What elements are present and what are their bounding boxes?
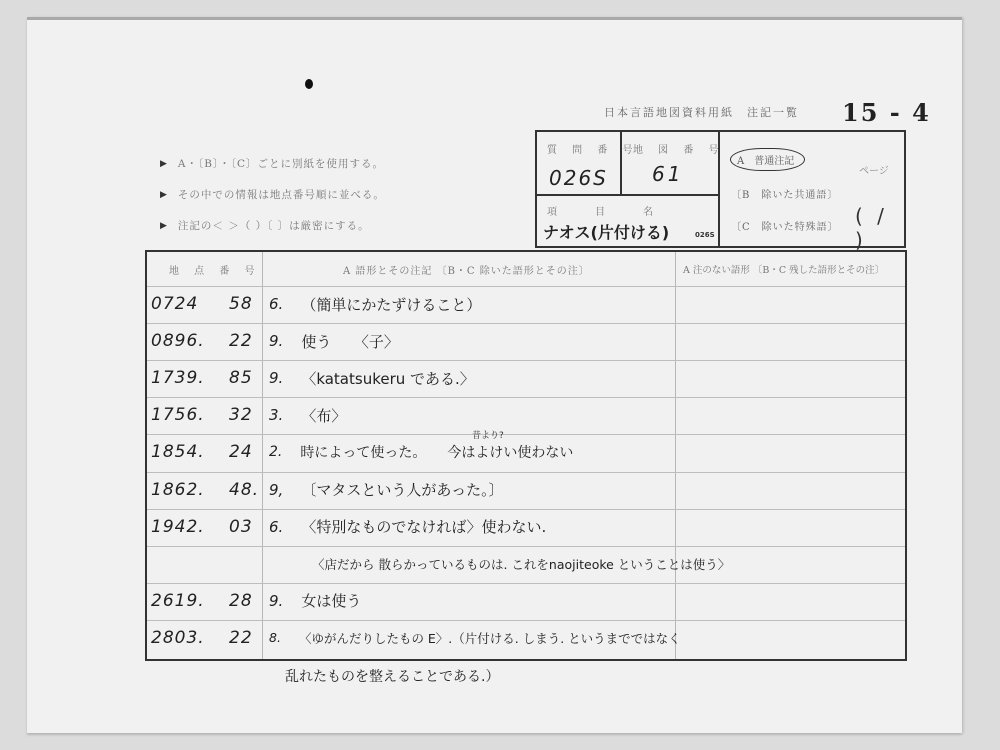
location-code: 072458 <box>147 286 262 322</box>
category-c: 〔C 除いた特殊語〕 <box>731 218 839 233</box>
category-a-circled: A 普通注記 <box>730 148 805 171</box>
page-label: ページ <box>859 162 889 177</box>
category-b: 〔B 除いた共通語〕 <box>731 186 838 201</box>
location-code: 0896.22 <box>147 323 262 359</box>
map-number: 61 <box>652 162 683 186</box>
question-number-label: 質 問 番 号 <box>547 138 639 157</box>
instructions: ▶A・〔B〕・〔C〕ごとに別紙を使用する。 ▶その中での情報は地点番号順に並べる… <box>160 148 385 241</box>
location-code: 2803.22 <box>147 620 262 656</box>
location-code: 1756.32 <box>147 397 262 433</box>
item-code: 026S <box>695 231 715 239</box>
location-code <box>147 546 262 582</box>
location-code: 1739.85 <box>147 360 262 396</box>
table-row: 2803.228.〈ゆがんだりしたもの E〉.（片付ける. しまう. というまで… <box>147 620 905 656</box>
ink-dot <box>305 79 313 89</box>
map-number-label: 地 図 番 号 <box>633 138 725 157</box>
location-code: 1854.24 <box>147 434 262 470</box>
form-note: 9.〈katatsukeru である.〉 <box>264 360 794 396</box>
form-note: 3.〈布〉 <box>264 397 794 433</box>
location-code: 1942.03 <box>147 509 262 545</box>
table-row: 0896.229.使う 〈子〉 <box>147 323 905 359</box>
question-number: 026S <box>549 166 608 190</box>
form-title: 日本言語地図資料用紙 注記一覧 <box>604 104 799 120</box>
column-header-forms-with-notes: A 語形とその注記 〔B・C 除いた語形とその注〕 <box>343 262 590 277</box>
page-value: ( / ) <box>855 204 904 252</box>
location-code: 1862.48. <box>147 472 262 508</box>
column-header-forms-without-notes: A 注のない語形 〔B・C 残した語形とその注〕 <box>683 262 884 276</box>
table-row: 1862.48.9,〔マタスという人があった。〕 <box>147 472 905 508</box>
column-header-location: 地 点 番 号 <box>169 262 261 277</box>
table-row: 1942.036.〈特別なものでなければ〉使わない. <box>147 509 905 545</box>
form-note: 6.（簡単にかたずけること） <box>264 286 794 322</box>
table-row: 〈店だから 散らかっているものは. これをnaojiteoke ということは使う… <box>147 546 905 582</box>
form-note: 9.使う 〈子〉 <box>264 323 794 359</box>
form-number: 15 - 4 <box>842 98 931 127</box>
instruction-item: ▶A・〔B〕・〔C〕ごとに別紙を使用する。 <box>160 148 385 179</box>
item-name: ナオス(片付ける) <box>543 220 669 243</box>
form-note: 9.女は使う <box>264 583 794 619</box>
bullet-triangle-icon: ▶ <box>160 187 168 203</box>
table-row: 1854.242.時によって使った。 今はよけい使わない昔より? <box>147 434 905 470</box>
table-row: 2619.289.女は使う <box>147 583 905 619</box>
header-info-box: 質 問 番 号 026S 地 図 番 号 61 項 目 名 ナオス(片付ける) … <box>535 130 906 248</box>
overflow-note: 乱れたものを整えることである.） <box>285 666 499 686</box>
form-note: 2.時によって使った。 今はよけい使わない <box>264 434 794 470</box>
location-code: 2619.28 <box>147 583 262 619</box>
form-note: 8.〈ゆがんだりしたもの E〉.（片付ける. しまう. というまでではなく <box>264 620 904 656</box>
form-note: 6.〈特別なものでなければ〉使わない. <box>264 509 794 545</box>
item-name-label: 項 目 名 <box>547 200 667 219</box>
form-note: 9,〔マタスという人があった。〕 <box>264 472 794 508</box>
bullet-triangle-icon: ▶ <box>160 156 168 172</box>
instruction-item: ▶その中での情報は地点番号順に並べる。 <box>160 179 385 210</box>
table-row: 1756.323.〈布〉 <box>147 397 905 433</box>
instruction-item: ▶注記の＜ ＞（ ）〔 〕は厳密にする。 <box>160 210 385 241</box>
bullet-triangle-icon: ▶ <box>160 218 168 234</box>
form-note: 〈店だから 散らかっているものは. これをnaojiteoke ということは使う… <box>264 546 904 582</box>
annotation-table: 地 点 番 号 A 語形とその注記 〔B・C 除いた語形とその注〕 A 注のない… <box>145 250 907 661</box>
table-row: 0724586.（簡単にかたずけること） <box>147 286 905 322</box>
marginal-annotation: 昔より? <box>472 428 504 441</box>
table-row: 1739.859.〈katatsukeru である.〉 <box>147 360 905 396</box>
